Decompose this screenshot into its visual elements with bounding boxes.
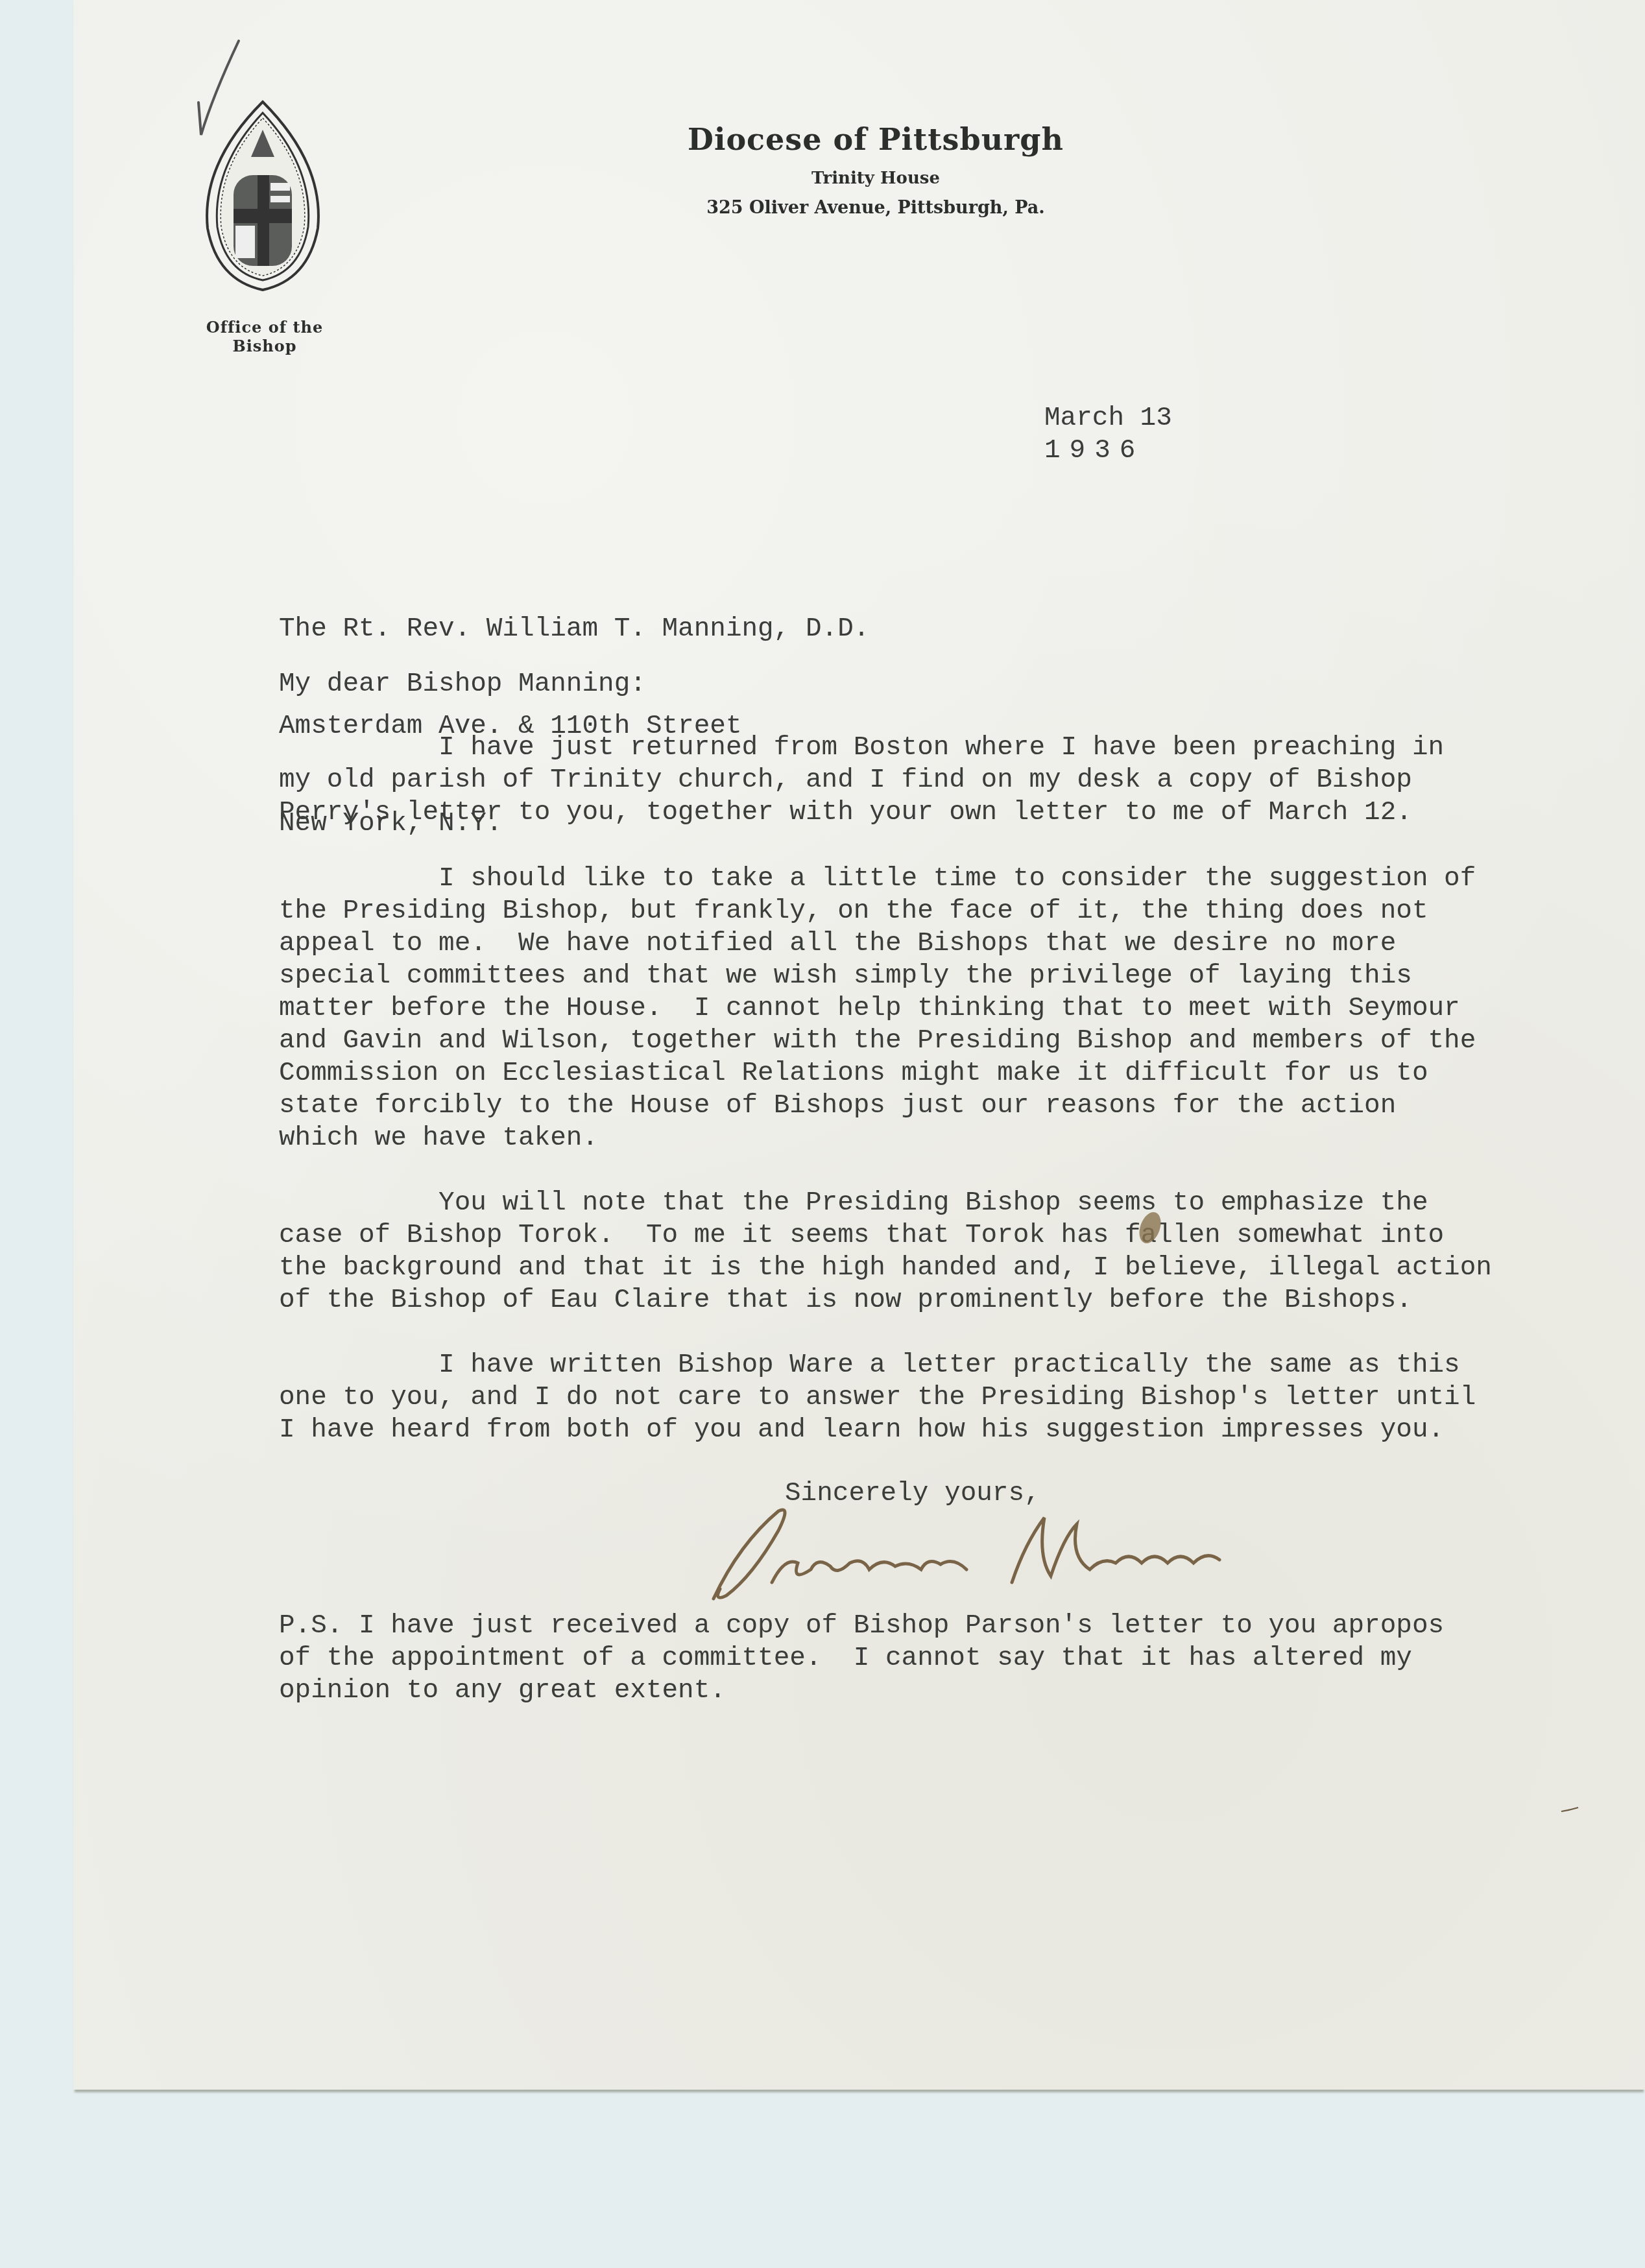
office-of-the-bishop-label: Office of the Bishop <box>174 318 355 355</box>
diocesan-seal-icon <box>198 99 328 293</box>
letterhead-subtitle: Trinity House <box>649 169 1103 188</box>
body-paragraph-3: You will note that the Presiding Bishop … <box>279 1187 1492 1317</box>
stray-ink-mark <box>1560 1806 1579 1813</box>
body-paragraph-1: I have just returned from Boston where I… <box>279 732 1444 829</box>
letterhead-address: 325 Oliver Avenue, Pittsburgh, Pa. <box>649 198 1103 218</box>
letter-date-month-day: March 13 <box>1044 402 1172 435</box>
body-paragraph-4: I have written Bishop Ware a letter prac… <box>279 1349 1476 1446</box>
salutation: My dear Bishop Manning: <box>279 668 646 700</box>
letter-date-year: 1936 <box>1044 435 1144 467</box>
letterhead-title: Diocese of Pittsburgh <box>649 122 1103 157</box>
recipient-name: The Rt. Rev. William T. Manning, D.D. <box>279 613 869 645</box>
handwritten-signature: Alexander Mann <box>701 1505 1401 1608</box>
body-paragraph-2: I should like to take a little time to c… <box>279 863 1476 1154</box>
postscript: P.S. I have just received a copy of Bish… <box>279 1610 1444 1707</box>
